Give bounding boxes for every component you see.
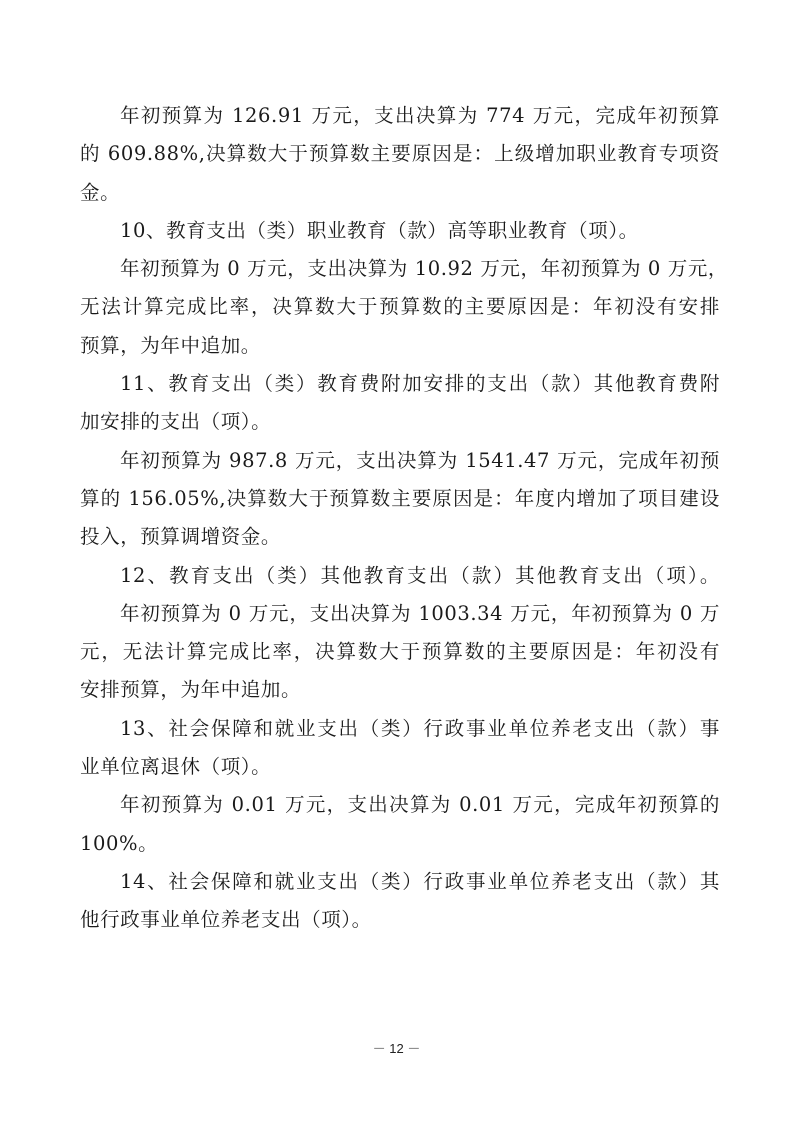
- text-line: 13、社会保障和就业支出（类）行政事业单位养老支出（款）事: [80, 710, 720, 748]
- text-line: 加安排的支出（项）。: [80, 403, 720, 441]
- text-line: 的 609.88%,决算数大于预算数主要原因是：上级增加职业教育专项资: [80, 135, 720, 173]
- text-line: 12、教育支出（类）其他教育支出（款）其他教育支出（项）。: [80, 557, 720, 595]
- text-line: 年初预算为 987.8 万元，支出决算为 1541.47 万元，完成年初预: [80, 442, 720, 480]
- text-line: 100%。: [80, 825, 720, 863]
- budget-paragraph: 年初预算为 126.91 万元，支出决算为 774 万元，完成年初预算 的 60…: [80, 97, 720, 212]
- section-heading-14: 14、社会保障和就业支出（类）行政事业单位养老支出（款）其 他行政事业单位养老支…: [80, 863, 720, 940]
- text-line: 年初预算为 0.01 万元，支出决算为 0.01 万元，完成年初预算的: [80, 786, 720, 824]
- document-page: 年初预算为 126.91 万元，支出决算为 774 万元，完成年初预算 的 60…: [0, 0, 793, 1122]
- budget-paragraph: 年初预算为 0 万元，支出决算为 1003.34 万元，年初预算为 0 万 元，…: [80, 595, 720, 710]
- text-line: 无法计算完成比率，决算数大于预算数的主要原因是：年初没有安排: [80, 288, 720, 326]
- text-line: 年初预算为 0 万元，支出决算为 1003.34 万元，年初预算为 0 万: [80, 595, 720, 633]
- text-line: 算的 156.05%,决算数大于预算数主要原因是：年度内增加了项目建设: [80, 480, 720, 518]
- text-line: 业单位离退休（项）。: [80, 748, 720, 786]
- text-line: 10、教育支出（类）职业教育（款）高等职业教育（项）。: [80, 212, 720, 250]
- text-line: 金。: [80, 174, 720, 212]
- section-heading-11: 11、教育支出（类）教育费附加安排的支出（款）其他教育费附 加安排的支出（项）。: [80, 365, 720, 442]
- text-line: 安排预算，为年中追加。: [80, 671, 720, 709]
- budget-paragraph: 年初预算为 0 万元，支出决算为 10.92 万元，年初预算为 0 万元， 无法…: [80, 250, 720, 365]
- text-line: 他行政事业单位养老支出（项）。: [80, 901, 720, 939]
- text-line: 投入，预算调增资金。: [80, 518, 720, 556]
- text-line: 年初预算为 0 万元，支出决算为 10.92 万元，年初预算为 0 万元，: [80, 250, 720, 288]
- page-number: － 12 －: [0, 1038, 793, 1057]
- text-line: 预算，为年中追加。: [80, 327, 720, 365]
- text-line: 年初预算为 126.91 万元，支出决算为 774 万元，完成年初预算: [80, 97, 720, 135]
- text-line: 元，无法计算完成比率，决算数大于预算数的主要原因是：年初没有: [80, 633, 720, 671]
- section-heading-10: 10、教育支出（类）职业教育（款）高等职业教育（项）。: [80, 212, 720, 250]
- text-line: 14、社会保障和就业支出（类）行政事业单位养老支出（款）其: [80, 863, 720, 901]
- section-heading-12: 12、教育支出（类）其他教育支出（款）其他教育支出（项）。: [80, 557, 720, 595]
- section-heading-13: 13、社会保障和就业支出（类）行政事业单位养老支出（款）事 业单位离退休（项）。: [80, 710, 720, 787]
- budget-paragraph: 年初预算为 987.8 万元，支出决算为 1541.47 万元，完成年初预 算的…: [80, 442, 720, 557]
- text-line: 11、教育支出（类）教育费附加安排的支出（款）其他教育费附: [80, 365, 720, 403]
- document-body: 年初预算为 126.91 万元，支出决算为 774 万元，完成年初预算 的 60…: [80, 97, 720, 940]
- budget-paragraph: 年初预算为 0.01 万元，支出决算为 0.01 万元，完成年初预算的 100%…: [80, 786, 720, 863]
